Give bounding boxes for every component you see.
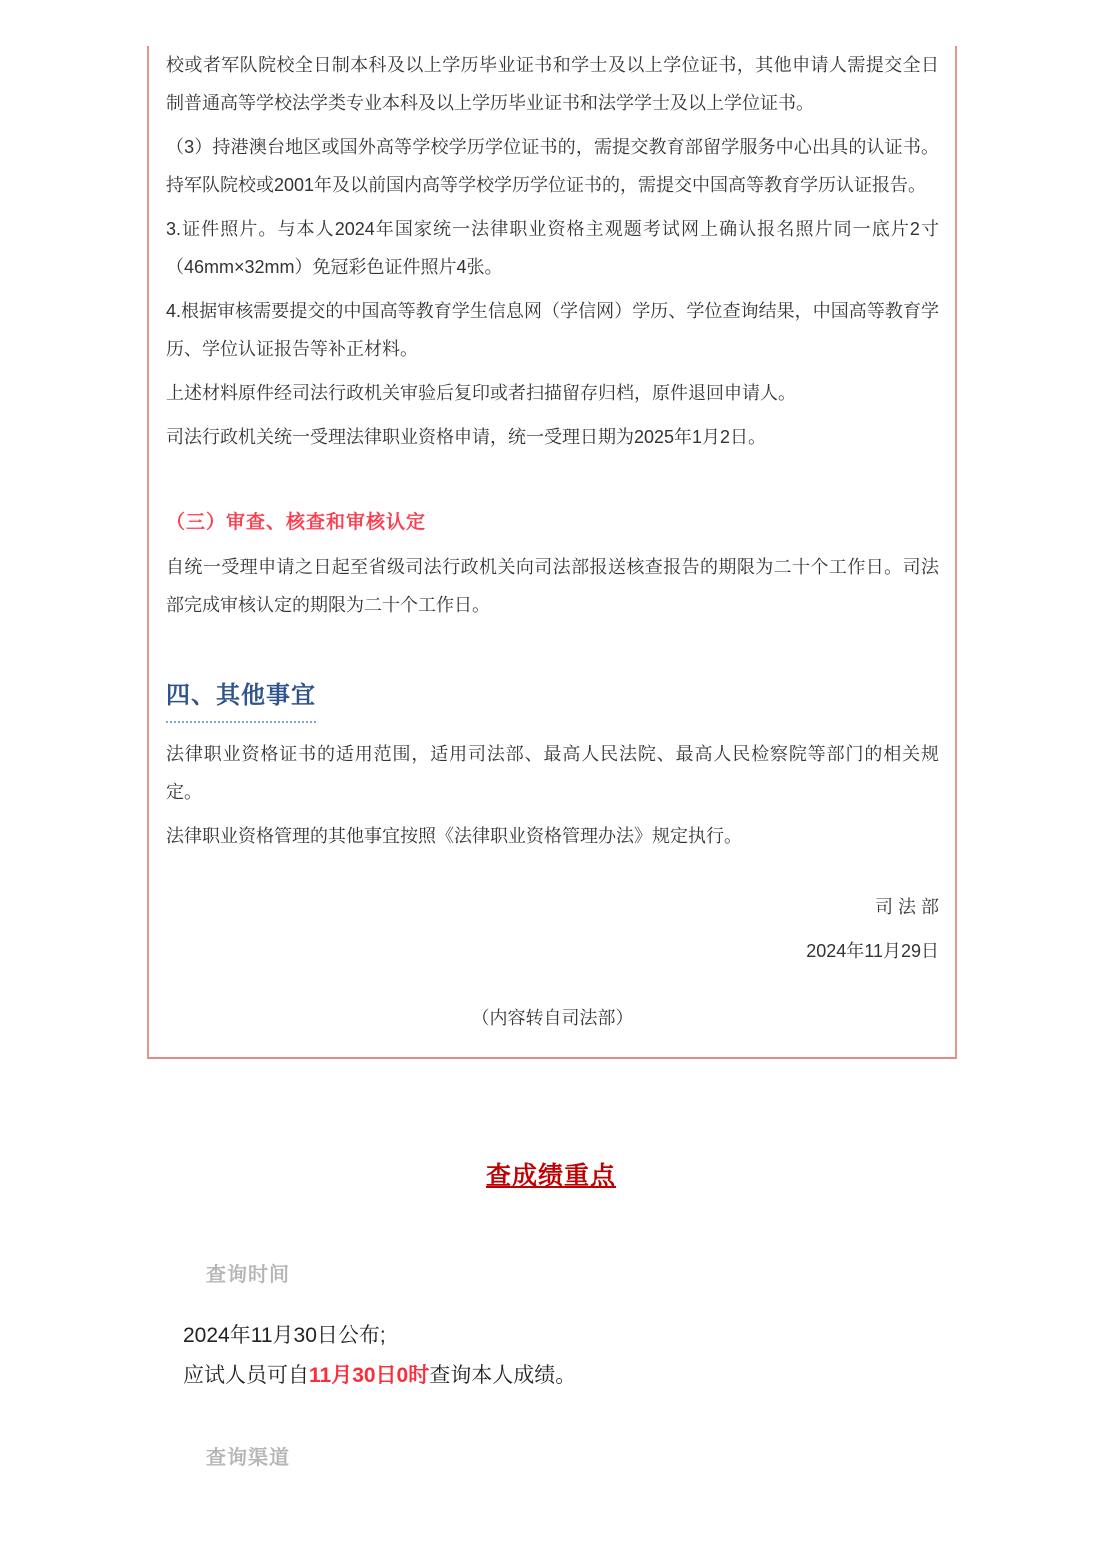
notice-paragraph: 法律职业资格管理的其他事宜按照《法律职业资格管理办法》规定执行。 [166, 817, 939, 855]
notice-paragraph: 法律职业资格证书的适用范围，适用司法部、最高人民法院、最高人民检察院等部门的相关… [166, 735, 939, 811]
query-line-suffix: 查询本人成绩。 [429, 1364, 576, 1387]
notice-paragraph: （3）持港澳台地区或国外高等学校学历学位证书的，需提交教育部留学服务中心出具的认… [166, 128, 939, 204]
section-review-body: 自统一受理申请之日起至省级司法行政机关向司法部报送核查报告的期限为二十个工作日。… [166, 548, 939, 624]
query-line-prefix: 应试人员可自 [183, 1364, 309, 1387]
article-page: 校或者军队院校全日制本科及以上学历毕业证书和学士及以上学位证书，其他申请人需提交… [0, 0, 1102, 1559]
score-section-title: 查成绩重点 [0, 1161, 1102, 1191]
score-section-title-text: 查成绩重点 [486, 1162, 616, 1190]
query-availability-line: 应试人员可自11月30日0时查询本人成绩。 [183, 1356, 1102, 1396]
signature-date: 2024年11月29日 [166, 931, 939, 971]
source-note: （内容转自司法部） [166, 999, 939, 1037]
notice-paragraph: 4.根据审核需要提交的中国高等教育学生信息网（学信网）学历、学位查询结果，中国高… [166, 292, 939, 368]
query-time-highlight: 11月30日0时 [309, 1364, 429, 1387]
section-heading-other-matters-text: 四、其他事宜 [166, 680, 316, 723]
publish-date-line: 2024年11月30日公布; [183, 1316, 1102, 1356]
signature-organization: 司 法 部 [166, 887, 939, 927]
notice-paragraph: 校或者军队院校全日制本科及以上学历毕业证书和学士及以上学位证书，其他申请人需提交… [166, 46, 939, 122]
notice-paragraph: 3.证件照片。与本人2024年国家统一法律职业资格主观题考试网上确认报名照片同一… [166, 210, 939, 286]
query-time-details: 2024年11月30日公布; 应试人员可自11月30日0时查询本人成绩。 [183, 1316, 1102, 1396]
query-time-label: 查询时间 [206, 1265, 1102, 1285]
notice-box: 校或者军队院校全日制本科及以上学历毕业证书和学士及以上学位证书，其他申请人需提交… [147, 46, 957, 1059]
query-channel-label: 查询渠道 [206, 1448, 1102, 1468]
section-heading-other-matters: 四、其他事宜 [166, 680, 939, 723]
notice-paragraph: 司法行政机关统一受理法律职业资格申请，统一受理日期为2025年1月2日。 [166, 418, 939, 456]
notice-paragraph: 上述材料原件经司法行政机关审验后复印或者扫描留存归档，原件退回申请人。 [166, 374, 939, 412]
section-heading-review-check: （三）审查、核查和审核认定 [166, 504, 939, 542]
